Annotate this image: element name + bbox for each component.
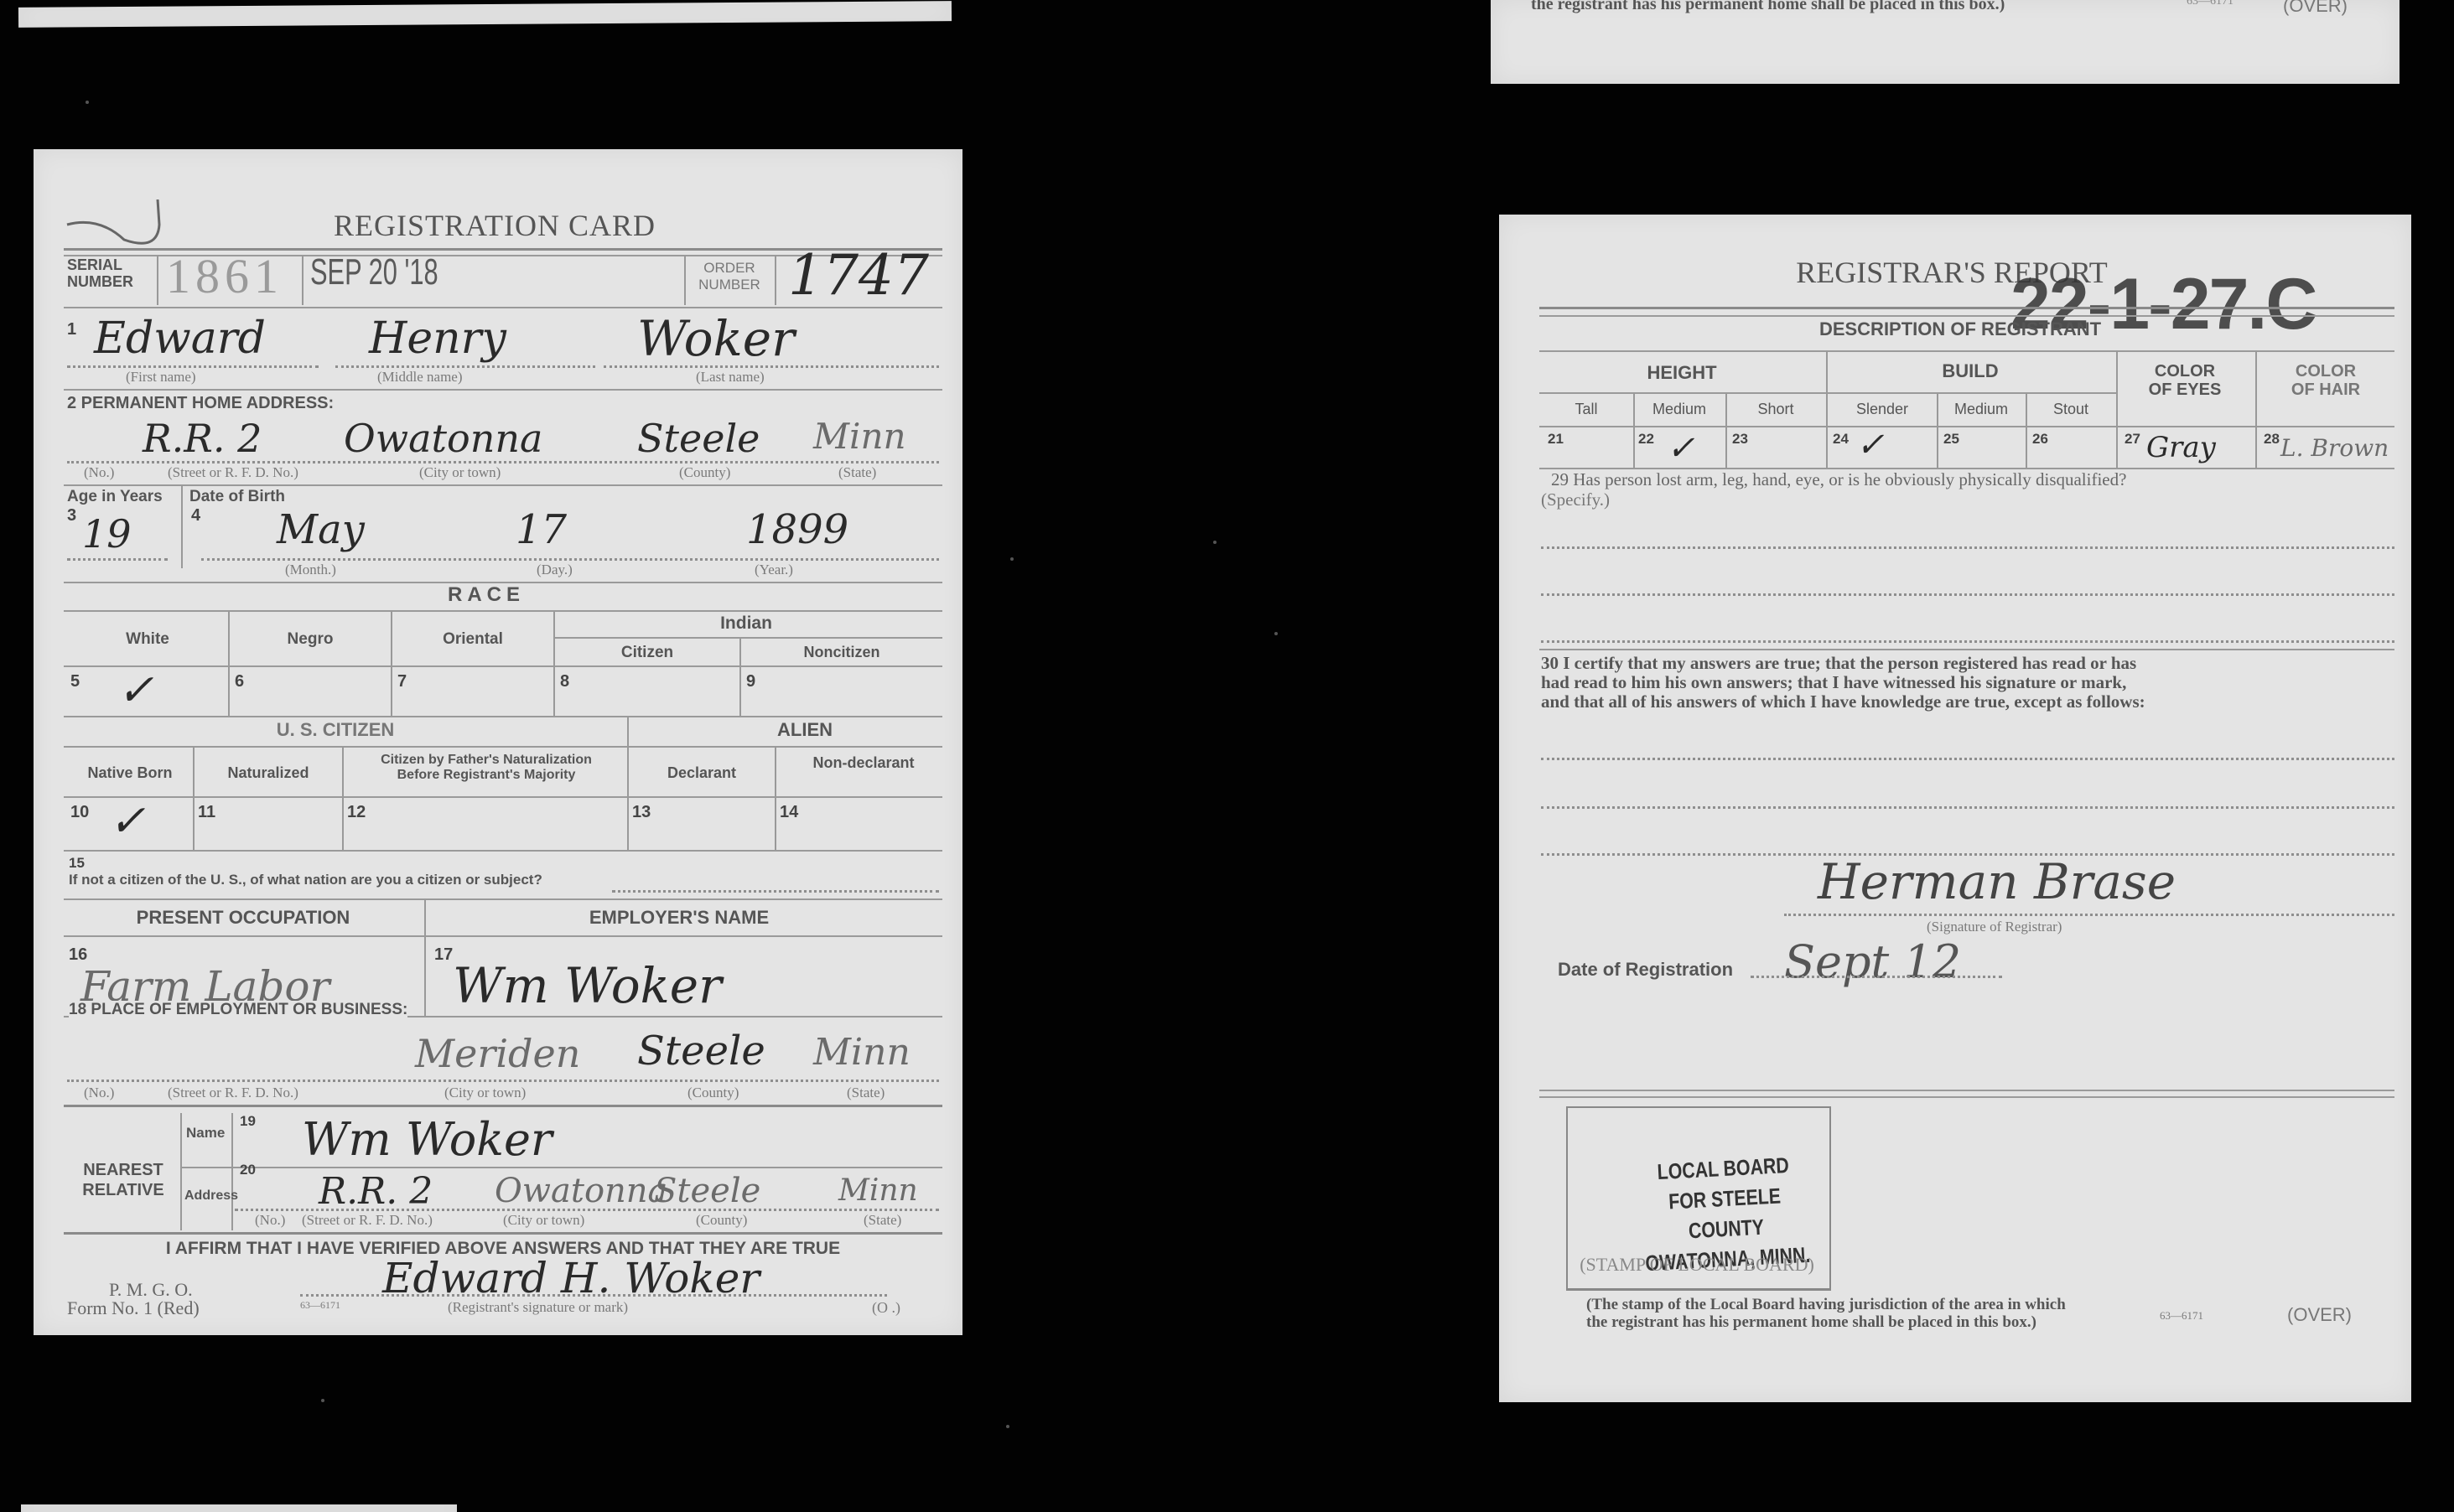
- relative-state-value: Minn: [838, 1173, 918, 1208]
- serial-number-value: 1861: [166, 248, 283, 304]
- race-heading: RACE: [402, 583, 570, 607]
- age-label: Age in Years: [67, 488, 163, 506]
- field-29-question: 29 Has person lost arm, leg, hand, eye, …: [1551, 469, 2126, 490]
- dust-speck: [1010, 557, 1014, 561]
- relative-name-value: Wm Woker: [302, 1113, 553, 1166]
- home-state-value: Minn: [813, 416, 906, 457]
- dust-speck: [1006, 1425, 1009, 1428]
- dust-speck: [86, 101, 89, 104]
- field-15-answer[interactable]: [620, 862, 939, 887]
- home-city-value: Owatonna: [344, 416, 542, 461]
- hair-color-value: L. Brown: [2280, 434, 2389, 462]
- dob-label: Date of Birth: [189, 488, 285, 506]
- employment-city-value: Meriden: [415, 1031, 580, 1076]
- build-slender-checkbox[interactable]: ✓: [1856, 426, 1885, 464]
- eye-color-value: Gray: [2146, 431, 2216, 464]
- top-right-card-fragment: the registrant has his permanent home sh…: [1491, 0, 2400, 84]
- first-name-value: Edward: [94, 313, 266, 364]
- field-15-question: If not a citizen of the U. S., of what n…: [69, 872, 542, 888]
- date-stamp: SEP 20 '18: [310, 251, 438, 293]
- employer-value: Wm Woker: [453, 957, 722, 1014]
- field-30-text: 30 I certify that my answers are true; t…: [1541, 654, 2396, 712]
- dust-speck: [321, 1399, 324, 1402]
- relative-city-value: Owatonna: [495, 1172, 667, 1210]
- age-value: 19: [82, 511, 132, 557]
- occupation-heading: PRESENT OCCUPATION: [67, 907, 419, 929]
- relative-county-value: Steele: [654, 1172, 760, 1210]
- employment-state-value: Minn: [813, 1031, 911, 1074]
- serial-number-label: SERIAL NUMBER: [67, 256, 133, 290]
- stamp-footer-note: (The stamp of the Local Board having jur…: [1586, 1296, 2066, 1331]
- dob-year-value: 1899: [746, 506, 848, 553]
- registrars-report-card: REGISTRAR'S REPORT 22-1-27.C DESCRIPTION…: [1499, 215, 2411, 1402]
- pmgo-label: P. M. G. O. Form No. 1 (Red): [67, 1281, 200, 1318]
- top-left-card-fragment: [18, 1, 952, 28]
- us-citizen-heading: U. S. CITIZEN: [159, 719, 511, 741]
- dust-speck: [1274, 632, 1278, 635]
- bottom-left-card-fragment: [21, 1504, 457, 1512]
- middle-name-value: Henry: [369, 313, 506, 364]
- employment-county-value: Steele: [637, 1028, 765, 1074]
- race-white-checkbox[interactable]: ✓: [117, 665, 154, 716]
- eyes-heading: COLOR OF EYES: [2118, 362, 2252, 399]
- date-of-registration-value: Sept 12: [1784, 935, 1961, 988]
- dob-month-value: May: [277, 506, 365, 553]
- height-medium-checkbox[interactable]: ✓: [1667, 429, 1695, 468]
- date-of-registration-label: Date of Registration: [1558, 959, 1733, 981]
- home-address-label: 2 PERMANENT HOME ADDRESS:: [67, 394, 334, 413]
- registration-card: REGISTRATION CARD SERIAL NUMBER 1861 SEP…: [34, 149, 962, 1335]
- home-street-value: R.R. 2: [143, 416, 262, 461]
- card-title: REGISTRATION CARD: [293, 208, 696, 243]
- over-label: (OVER): [2287, 1304, 2352, 1326]
- hair-heading: COLOR OF HAIR: [2257, 362, 2394, 399]
- field-29-answer[interactable]: [1549, 508, 2388, 642]
- fragment-over-label: (OVER): [2283, 0, 2348, 17]
- alien-heading: ALIEN: [679, 719, 931, 741]
- native-born-checkbox[interactable]: ✓: [109, 796, 146, 847]
- checkmark-doodle-icon: [65, 199, 166, 250]
- order-number-label: ORDER NUMBER: [686, 260, 773, 293]
- registrar-signature: Herman Brase: [1818, 853, 2176, 910]
- relative-street-value: R.R. 2: [319, 1170, 433, 1213]
- nearest-relative-label: NEAREST RELATIVE: [69, 1160, 178, 1200]
- last-name-value: Woker: [637, 310, 795, 367]
- field-30-answer[interactable]: [1549, 717, 2388, 835]
- indian-heading: Indian: [671, 614, 822, 634]
- home-county-value: Steele: [637, 416, 760, 461]
- order-number-value: 1747: [788, 243, 929, 308]
- employment-place-label: 18 PLACE OF EMPLOYMENT OR BUSINESS:: [69, 1001, 407, 1019]
- fragment-form-code: 63—6171: [2187, 0, 2234, 8]
- fragment-footer-text: the registrant has his permanent home sh…: [1531, 0, 2005, 14]
- description-heading: DESCRIPTION OF REGISTRANT: [1751, 318, 2170, 340]
- dob-day-value: 17: [516, 506, 567, 553]
- employer-heading: EMPLOYER'S NAME: [428, 907, 931, 929]
- dust-speck: [1213, 541, 1217, 544]
